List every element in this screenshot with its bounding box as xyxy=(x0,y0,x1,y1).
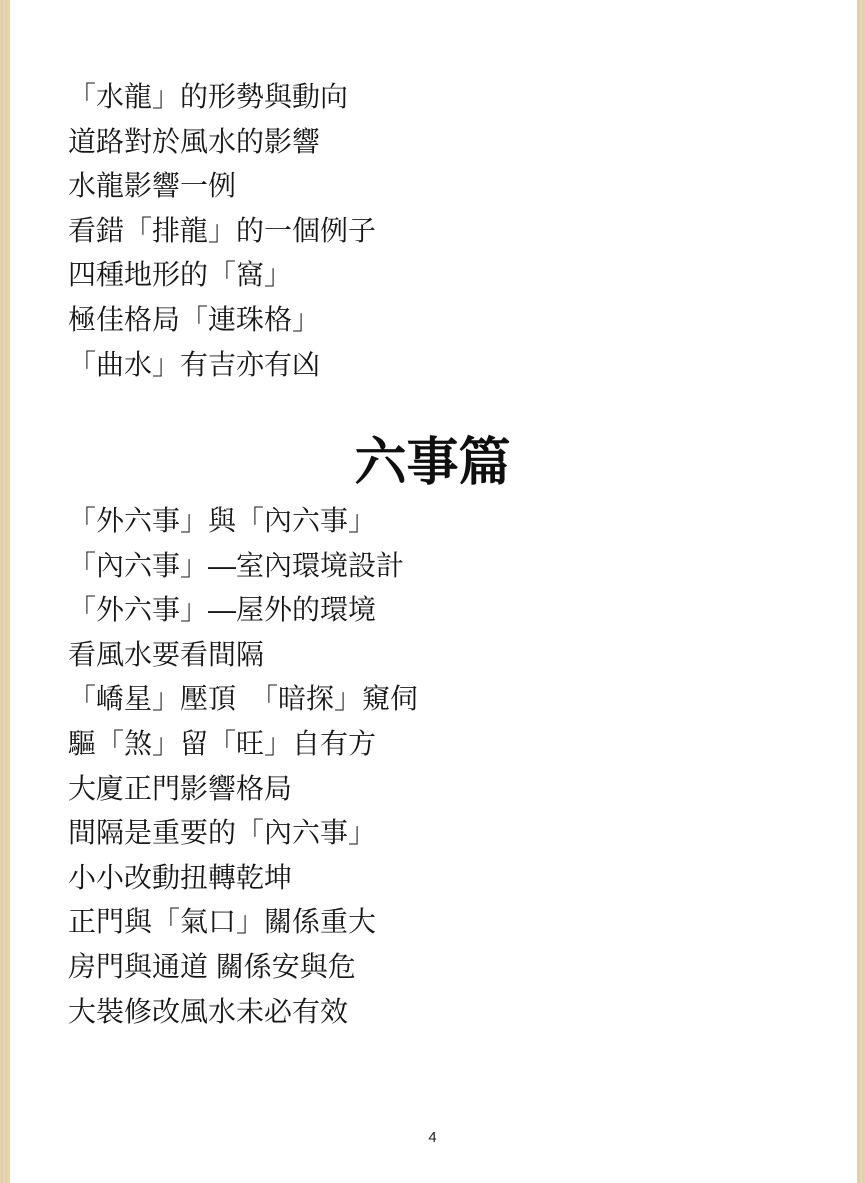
book-page: 「水龍」的形勢與動向 道路對於風水的影響 水龍影響一例 看錯「排龍」的一個例子 … xyxy=(0,0,865,1183)
toc-section-2: 「外六事」與「內六事」 「內六事」—室內環境設計 「外六事」—屋外的環境 看風水… xyxy=(68,499,825,1034)
toc-section-1: 「水龍」的形勢與動向 道路對於風水的影響 水龍影響一例 看錯「排龍」的一個例子 … xyxy=(68,75,825,387)
page-edge-left-strip xyxy=(0,0,10,1183)
toc-entry: 小小改動扭轉乾坤 xyxy=(68,856,825,901)
toc-entry: 「內六事」—室內環境設計 xyxy=(68,544,825,589)
page-number: 4 xyxy=(0,1128,865,1148)
toc-entry: 「曲水」有吉亦有凶 xyxy=(68,343,825,388)
toc-entry: 水龍影響一例 xyxy=(68,164,825,209)
toc-entry: 驅「煞」留「旺」自有方 xyxy=(68,722,825,767)
toc-entry: 極佳格局「連珠格」 xyxy=(68,298,825,343)
toc-entry: 「外六事」與「內六事」 xyxy=(68,499,825,544)
toc-entry: 道路對於風水的影響 xyxy=(68,120,825,165)
toc-entry: 看風水要看間隔 xyxy=(68,633,825,678)
toc-entry: 「外六事」—屋外的環境 xyxy=(68,588,825,633)
toc-entry: 房門與通道 關係安與危 xyxy=(68,945,825,990)
toc-entry: 「嶠星」壓頂 「暗探」窺伺 xyxy=(68,677,825,722)
toc-entry: 看錯「排龍」的一個例子 xyxy=(68,209,825,254)
toc-entry: 大廈正門影響格局 xyxy=(68,767,825,812)
page-edge-right-strip xyxy=(857,0,865,1183)
toc-entry: 四種地形的「窩」 xyxy=(68,253,825,298)
toc-entry: 正門與「氣口」關係重大 xyxy=(68,900,825,945)
toc-entry: 「水龍」的形勢與動向 xyxy=(68,75,825,120)
section-heading: 六事篇 xyxy=(0,430,865,496)
toc-entry: 大裝修改風水未必有效 xyxy=(68,990,825,1035)
toc-entry: 間隔是重要的「內六事」 xyxy=(68,811,825,856)
